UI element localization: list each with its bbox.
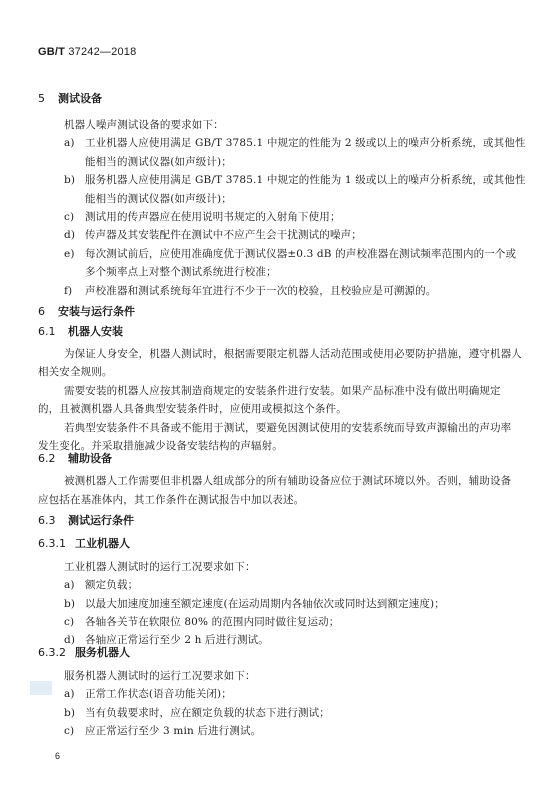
list-item-text: 多个频率点上对整个测试系统进行校准； [85,265,277,279]
list-item-text: 各轴各关节在软限位 80% 的范围内同时做往复运动； [85,615,339,629]
paragraph-line: 应包括在基准体内，其工作条件在测试报告中加以表述。 [38,493,304,507]
section-6-3-1-intro: 工业机器人测试时的运行工况要求如下： [64,560,256,574]
list-item-text: 当有负载要求时，应在额定负载的状态下进行测试； [85,706,330,720]
section-title: 工业机器人 [75,537,130,550]
section-5-heading: 5测试设备 [38,90,102,106]
section-title: 测试运行条件 [68,514,134,527]
section-title: 服务机器人 [75,646,130,659]
list-marker: a) [64,578,75,592]
list-item-text: 测试用的传声器应在使用说明书规定的入射角下使用； [85,210,341,224]
standard-number: 37242—2018 [68,46,136,58]
list-item-text: 每次测试前后，应使用准确度优于测试仪器±0.3 dB 的声校准器在测试频率范围内… [85,247,516,261]
section-title: 安装与运行条件 [58,305,135,318]
list-marker: a) [64,687,75,701]
list-marker: b) [64,173,75,187]
section-6-1-heading: 6.1机器人安装 [38,323,123,339]
paragraph-line: 为保证人身安全，机器人测试时，根据需要限定机器人活动范围或使用必要防护措施，遵守… [64,347,522,361]
paragraph-line: 被测机器人工作需要但非机器人组成部分的所有辅助设备应位于测试环境以外。否则，辅助… [64,474,511,488]
section-title: 测试设备 [58,92,102,105]
list-item-text: 额定负载； [85,578,138,592]
list-item-text: 传声器及其安装配件在测试中不应产生会干扰测试的噪声； [85,228,362,242]
section-6-3-2-heading: 6.3.2服务机器人 [38,644,130,660]
list-item-text: 服务机器人应使用满足 GB/T 3785.1 中规定的性能为 1 级或以上的噪声… [85,173,526,187]
list-item-text: 应正常运行至少 3 min 后进行测试。 [85,724,261,738]
list-item-text: 工业机器人应使用满足 GB/T 3785.1 中规定的性能为 2 级或以上的噪声… [85,136,526,150]
paragraph-line: 相关安全规则。 [38,365,113,379]
section-6-heading: 6安装与运行条件 [38,303,135,319]
list-marker: b) [64,597,75,611]
section-6-3-2-intro: 服务机器人测试时的运行工况要求如下： [64,669,256,683]
section-6-3-1-heading: 6.3.1工业机器人 [38,535,130,551]
section-6-3-heading: 6.3测试运行条件 [38,512,134,528]
list-marker: c) [64,615,74,629]
list-item-text: 能相当的测试仪器(如声级计)； [85,155,232,169]
paragraph-line: 的，且被测机器人具备典型安装条件时，应使用或模拟这个条件。 [38,402,347,416]
list-marker: d) [64,228,75,242]
section-title: 机器人安装 [68,325,123,338]
document-header: GB/T 37242—2018 [38,46,136,58]
list-marker: f) [64,284,72,298]
paragraph-line: 若典型安装条件不具备或不能用于测试，要避免因测试使用的安装系统而导致声源输出的声… [64,421,511,435]
section-5-intro: 机器人噪声测试设备的要求如下： [64,118,224,132]
list-item-text: 声校准器和测试系统每年宜进行不少于一次的校验，且校验应是可溯源的。 [85,284,436,298]
paragraph-line: 需要安装的机器人应按其制造商规定的安装条件进行安装。如果产品标准中没有做出明确规… [64,384,501,398]
list-item-text: 能相当的测试仪器(如声级计)； [85,192,232,206]
list-marker: b) [64,706,75,720]
list-marker: e) [64,247,75,261]
standard-code: GB/T [38,46,65,58]
section-6-2-heading: 6.2辅助设备 [38,450,112,466]
list-marker: c) [64,724,74,738]
list-marker: a) [64,136,75,150]
list-item-text: 以最大加速度加速至额定速度(在运动周期内各轴依次或同时达到额定速度)； [85,597,445,611]
watermark-stamp [30,681,52,695]
list-marker: c) [64,210,74,224]
page-number: 6 [55,751,60,761]
section-title: 辅助设备 [68,452,112,465]
list-item-text: 正常工作状态(语音功能关闭)； [85,687,232,701]
